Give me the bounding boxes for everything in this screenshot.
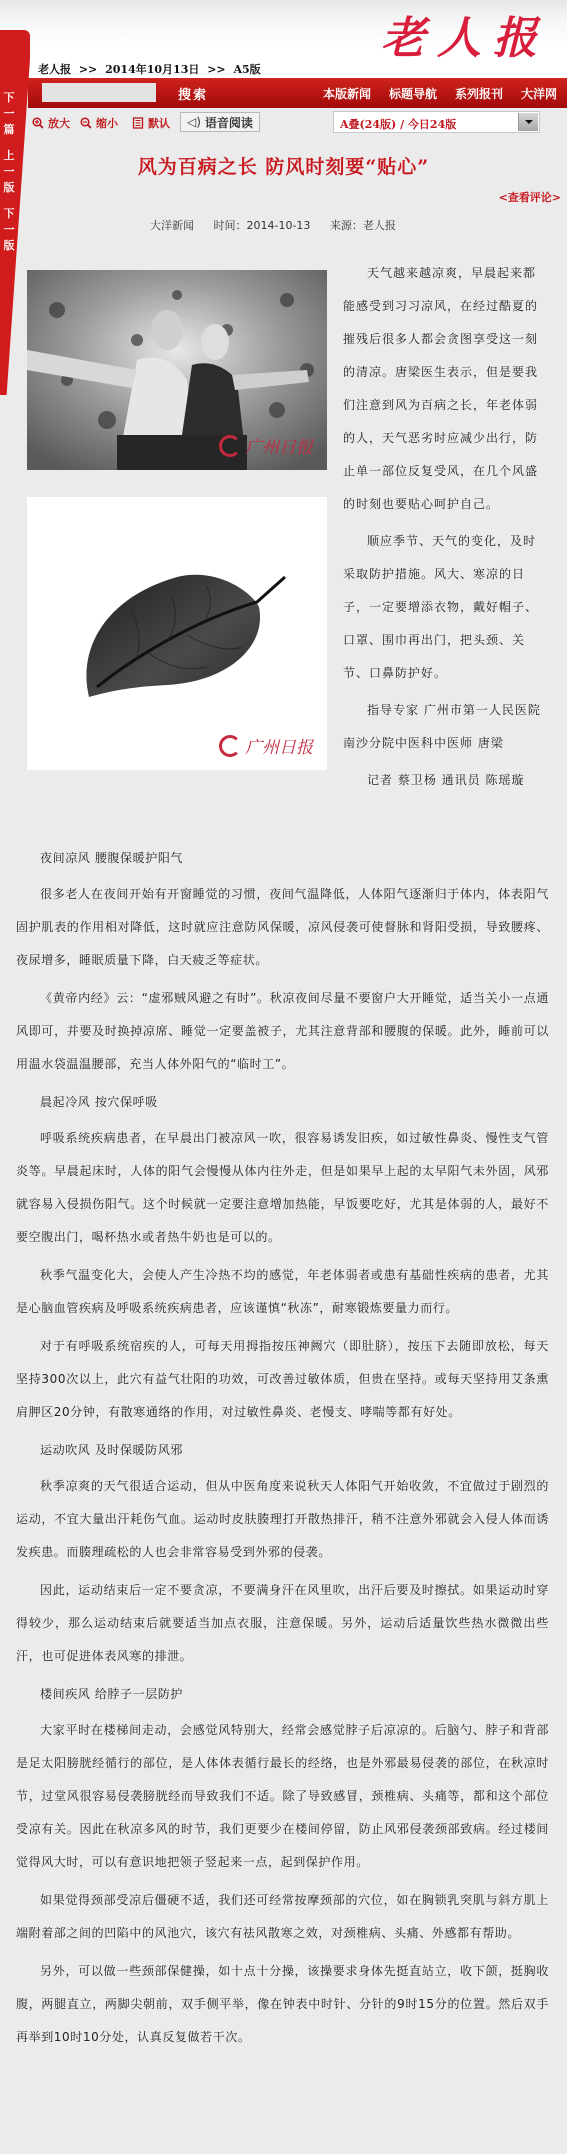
char: 版 — [2, 238, 16, 254]
nav-title-guide[interactable]: 标题导航 — [389, 85, 437, 102]
watermark: 广州日报 — [219, 433, 313, 458]
watermark-text: 广州日报 — [245, 733, 313, 758]
speaker-icon: ◁) — [187, 115, 201, 129]
search-input[interactable] — [42, 83, 156, 102]
watermark: 广州日报 — [219, 733, 313, 758]
section-heading: 运动吹风 及时保暖防风邪 — [16, 1434, 549, 1467]
side-nav: 下 一 篇 上 一 版 下 一 版 — [2, 90, 16, 264]
breadcrumb-date[interactable]: 2014年10月13日 — [105, 63, 199, 76]
body-paragraph: 很多老人在夜间开始有开窗睡觉的习惯，夜间气温降低，人体阳气逐渐归于体内，体表阳气… — [16, 878, 549, 977]
nav-dayoo[interactable]: 大洋网 — [521, 85, 557, 102]
article-byline: 大洋新闻 时间：2014-10-13 来源：老人报 — [150, 217, 410, 233]
nav-edition-news[interactable]: 本版新闻 — [323, 85, 371, 102]
expert-credit: 指导专家 广州市第一人民医院南沙分院中医科中医师 唐梁 — [343, 694, 548, 760]
text-to-speech-button[interactable]: ◁) 语音阅读 — [180, 112, 260, 132]
gzdaily-logo-icon — [219, 435, 241, 457]
breadcrumb-sep: >> — [79, 63, 97, 76]
body-paragraph: 如果觉得颈部受凉后僵硬不适，我们还可经常按摩颈部的穴位，如在胸锁乳突肌与斜方肌上… — [16, 1884, 549, 1950]
nav-bar: 搜索 本版新闻 标题导航 系列报刊 大洋网 — [28, 78, 567, 108]
body-paragraph: 秋季气温变化大，会使人产生冷热不均的感觉，年老体弱者或患有基础性疾病的患者，尤其… — [16, 1259, 549, 1325]
intro-paragraph: 天气越来越凉爽，早晨起来都能感受到习习凉风，在经过酷夏的摧残后很多人都会贪图享受… — [343, 257, 548, 521]
char: 一 — [2, 164, 16, 180]
body-paragraph: 因此，运动结束后一定不要贪凉，不要满身汗在风里吹，出汗后要及时擦拭。如果运动时穿… — [16, 1574, 549, 1673]
zoom-out-icon — [80, 117, 92, 129]
gzdaily-logo-icon — [219, 735, 241, 757]
chevron-down-icon[interactable] — [518, 113, 538, 131]
article-photo-leaf: 广州日报 — [27, 497, 327, 770]
char: 下 — [2, 90, 16, 106]
nav-links: 本版新闻 标题导航 系列报刊 大洋网 — [323, 85, 557, 102]
body-paragraph: 秋季凉爽的天气很适合运动，但从中医角度来说秋天人体阳气开始收敛，不宜做过于剧烈的… — [16, 1470, 549, 1569]
byline-source: 来源：老人报 — [330, 219, 396, 232]
article-photo-couple: 广州日报 — [27, 270, 327, 470]
article-body: 夜间凉风 腰腹保暖护阳气 很多老人在夜间开始有开窗睡觉的习惯，夜间气温降低，人体… — [16, 842, 549, 2059]
section-heading: 夜间凉风 腰腹保暖护阳气 — [16, 842, 549, 875]
byline-time: 时间：2014-10-13 — [214, 219, 311, 232]
reporter-credit: 记者 蔡卫杨 通讯员 陈瑶璇 — [343, 764, 548, 797]
char: 版 — [2, 180, 16, 196]
zoom-in-icon — [32, 117, 44, 129]
article-title: 风为百病之长 防风时刻要“贴心” — [0, 152, 567, 179]
breadcrumb-sep: >> — [207, 63, 225, 76]
prev-edition-link[interactable]: 上 一 版 — [2, 148, 16, 196]
body-paragraph: 《黄帝内经》云：“虚邪贼风避之有时”。秋凉夜间尽量不要窗户大开睡觉，适当关小一点… — [16, 982, 549, 1081]
zoom-out-label: 缩小 — [96, 115, 118, 131]
document-icon — [132, 117, 144, 129]
view-comments-link[interactable]: <查看评论> — [499, 189, 561, 205]
default-size-label: 默认 — [148, 115, 170, 131]
char: 下 — [2, 206, 16, 222]
zoom-in-label: 放大 — [48, 115, 70, 131]
search-button[interactable]: 搜索 — [178, 84, 208, 103]
breadcrumb-paper[interactable]: 老人报 — [38, 63, 71, 76]
char: 上 — [2, 148, 16, 164]
nav-series[interactable]: 系列报刊 — [455, 85, 503, 102]
breadcrumb-edition[interactable]: A5版 — [233, 63, 260, 76]
breadcrumb: 老人报 >> 2014年10月13日 >> A5版 — [38, 61, 265, 77]
watermark-text: 广州日报 — [245, 433, 313, 458]
tts-label: 语音阅读 — [205, 114, 253, 131]
next-article-link[interactable]: 下 一 篇 — [2, 90, 16, 138]
page-header: 老人报 老人报 >> 2014年10月13日 >> A5版 — [0, 0, 567, 78]
edition-selected-value: A叠(24版) / 今日24版 — [340, 118, 456, 131]
zoom-in-button[interactable]: 放大 — [32, 115, 70, 131]
byline-site: 大洋新闻 — [150, 219, 194, 232]
zoom-out-button[interactable]: 缩小 — [80, 115, 118, 131]
body-paragraph: 另外，可以做一些颈部保健操，如十点十分操，该操要求身体先挺直站立，收下颌，挺胸收… — [16, 1955, 549, 2054]
newspaper-logo[interactable]: 老人报 — [381, 2, 549, 66]
char: 一 — [2, 106, 16, 122]
leaf-illustration — [27, 497, 327, 770]
body-paragraph: 对于有呼吸系统宿疾的人，可每天用拇指按压神阙穴（即肚脐），按压下去随即放松，每天… — [16, 1330, 549, 1429]
body-paragraph: 呼吸系统疾病患者，在早晨出门被凉风一吹，很容易诱发旧疾，如过敏性鼻炎、慢性支气管… — [16, 1122, 549, 1254]
section-heading: 晨起冷风 按穴保呼吸 — [16, 1086, 549, 1119]
article-intro: 天气越来越凉爽，早晨起来都能感受到习习凉风，在经过酷夏的摧残后很多人都会贪图享受… — [343, 257, 548, 801]
reading-toolbar: 放大 缩小 默认 ◁) 语音阅读 A叠(24版) / 今日24版 — [28, 108, 567, 138]
next-edition-link[interactable]: 下 一 版 — [2, 206, 16, 254]
default-size-button[interactable]: 默认 — [132, 115, 170, 131]
intro-paragraph: 顺应季节、天气的变化，及时采取防护措施。风大、寒凉的日子，一定要增添衣物，戴好帽… — [343, 525, 548, 690]
edition-select[interactable]: A叠(24版) / 今日24版 — [333, 111, 540, 133]
char: 篇 — [2, 122, 16, 138]
section-heading: 楼间疾风 给脖子一层防护 — [16, 1678, 549, 1711]
body-paragraph: 大家平时在楼梯间走动，会感觉风特别大，经常会感觉脖子后凉凉的。后脑勺、脖子和背部… — [16, 1714, 549, 1879]
char: 一 — [2, 222, 16, 238]
